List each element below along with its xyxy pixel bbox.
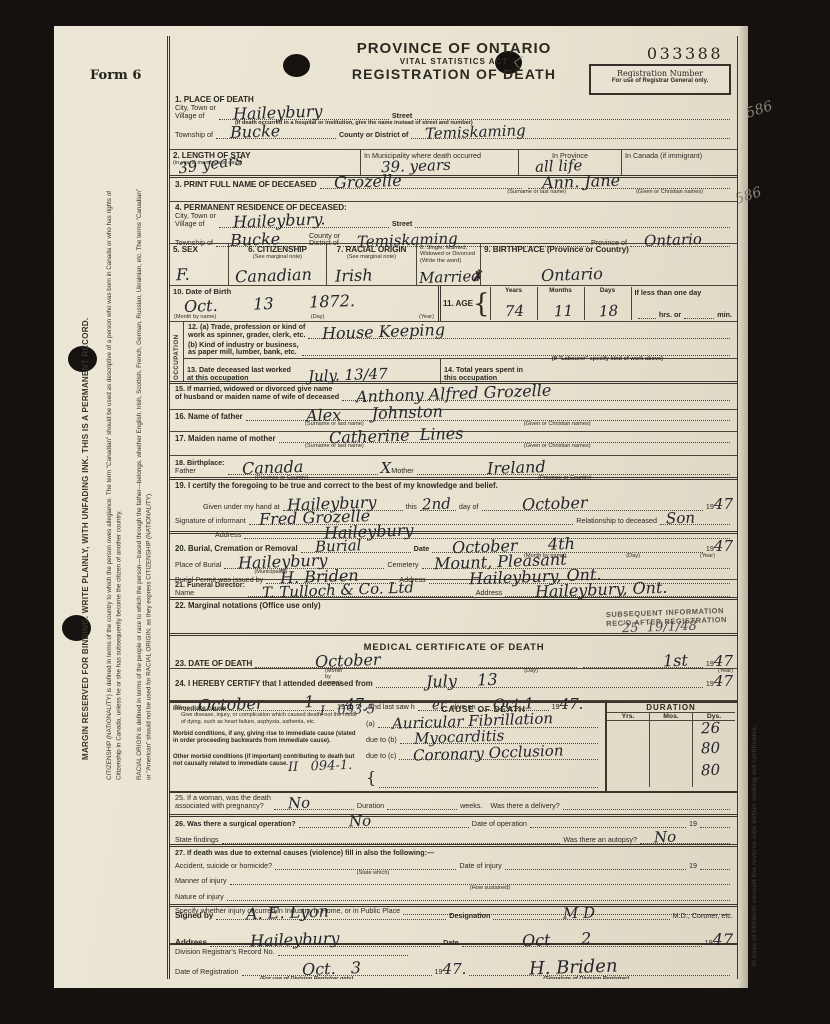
s21-address-value: Haileybury, Ont. [535,577,668,601]
s6-label: 6. CITIZENSHIP [232,245,323,254]
s18-x-mark: X [381,459,392,477]
pencil-number-top: 586 [744,98,774,121]
sign-signed-label: Signed by [175,911,213,920]
s5-label: 5. SEX [173,245,225,254]
section-10-11-row: 10. Date of Birth Oct. 13 1872. (Month b… [170,286,737,322]
s19-year-value: 47 [714,495,733,513]
s5-value: F. [176,265,190,284]
sign-designation-label: Designation [449,911,490,920]
s1-county-value: Temiskaming [425,121,526,143]
section-15-spouse: 15. If married, widowed or divorced give… [170,384,737,410]
sign-designation-value: M D [563,903,596,922]
section-5-9-row: 5. SEX F. 6. CITIZENSHIP (See marginal n… [170,244,737,286]
s1-city-value: Haileybury [233,101,323,123]
cause-of-death-table: Immediate cause Give disease, injury, or… [170,701,737,793]
s21-value: T. Tulloch & Co. Ltd [262,578,414,601]
s11-years-label: Years [491,287,537,294]
duration-mos-header: Mos. [649,713,692,720]
section-27-external-causes: 27. If death was due to external causes … [170,847,737,907]
pencil-number-mid: 586 [733,184,763,207]
s12a-label2: work as spinner, grader, clerk, etc. [188,331,305,339]
section-26-operation: 26. Was there a surgical operation? No D… [170,817,737,847]
s19-day-value: 2nd [422,495,451,514]
duration-table: DURATION Yrs. Mos. Dys. 26 80 80 [605,703,735,793]
s4-label: 4. PERMANENT RESIDENCE OF DECEASED: [175,203,733,212]
s17-label: 17. Maiden name of mother [175,434,276,443]
s11-brace: { [473,294,490,314]
s24-from-value: July 13 [425,670,497,691]
s23-year-value: 47 [714,652,733,670]
s11-months-label: Months [538,287,584,294]
reg-signature-value: H. Briden [529,955,618,979]
sign-signed-value: A. E. Lyon [246,902,330,924]
s26-year-prefix: 19 [689,819,697,828]
s13-label2: at this occupation [187,374,291,382]
s1-city-label2: Village of [175,112,216,120]
morbid-conditions-note: Morbid conditions, if any, giving rise t… [173,731,359,746]
s8-label3: (Write the word) [420,258,477,264]
occupation-vertical-label: OCCUPATION [173,326,181,380]
margin-stillbirth-note: In case of Stillbirth consult the revers… [751,531,763,966]
registration-box-title: Registration Number [591,66,729,78]
s7-value: Irish [335,265,373,285]
registration-form: PROVINCE OF ONTARIO VITAL STATISTICS ACT… [167,36,738,979]
duration-c-value: 80 [701,761,721,780]
cause-a-label: (a) [366,719,375,728]
s19-label: 19. I certify the foregoing to be true a… [175,481,733,490]
cause-code-2: II 094-1. [288,758,353,775]
section-21-funeral-director: 21. Funeral Director:Name T. Tulloch & C… [170,580,737,600]
s23-day-value: 1st [663,651,688,671]
s12a-value: House Keeping [322,319,446,342]
s18-father-value: Canada [241,457,303,478]
s27-accident-label: Accident, suicide or homicide? [175,861,272,870]
margin-binding-note: MARGIN RESERVED FOR BINDING. WRITE PLAIN… [81,194,96,760]
cause-b-label: (b) [388,735,397,744]
s4-street-label: Street [392,219,412,228]
s23-month-value: October [315,650,381,671]
s18-mother-value: Ireland [486,457,545,478]
s27-label: 27. If death was due to external causes … [175,848,733,857]
s11-months-value: 11 [553,302,573,321]
s19-relationship-label: Relationship to deceased [576,516,657,525]
s11-days-value: 18 [598,302,618,321]
s26-autopsy-value: No [654,828,677,847]
s11-years-value: 74 [504,302,524,321]
stamp-handwritten-note: 25 19/1/48 [622,619,697,637]
reg-year-value: 47. [443,960,467,978]
physician-signature-block: Signed by A. E. Lyon Designation M D M.D… [170,907,737,945]
cause-due2-label: due to [366,751,386,760]
s11-hrs-label: hrs. or [659,310,681,319]
duration-a-value: 26 [701,719,721,738]
s19-month-value: October [521,493,587,514]
section-24-attendance: 24. I HEREBY CERTIFY that I attended dec… [170,669,737,701]
s1-township-label: Township of [175,130,213,139]
s21-label2: Name [175,589,245,597]
s27-injury-date-label: Date of injury [459,861,501,870]
s15-value: Anthony Alfred Grozelle [356,380,552,406]
s12b-label2: as paper mill, lumber, bank, etc. [188,348,299,356]
cause-c-value: Coronary Occlusion [413,741,564,764]
s17-sub2: (Given or Christian names) [524,443,591,449]
s9-label: 9. BIRTHPLACE (Province or Country) [484,245,734,254]
s11-min-label: min. [717,310,732,319]
section-occupation-block: OCCUPATION 12. (a) Trade, profession or … [170,322,737,384]
registration-number: 033388 [647,44,723,63]
s11-less-label: If less than one day [635,288,733,297]
s26-date-label: Date of operation [472,819,527,828]
s10-day-sub: (Day) [311,314,325,320]
margin-citizenship-note: CITIZENSHIP (NATIONALITY) is defined in … [105,188,130,780]
s20-year-value: 47 [714,537,733,555]
division-registrar-block: Division Registrar's Record No. Date of … [170,945,737,979]
s3-given-sub: (Given or Christian names) [636,189,703,195]
s23-label: 23. DATE OF DEATH [175,659,252,668]
s25-weeks-label: weeks. [460,801,482,810]
s6-value: Canadian [235,265,312,287]
s26-findings-label: State findings [175,835,219,844]
s20-cemetery-label: Cemetery [387,560,418,569]
duration-title: DURATION [607,703,735,713]
s16-label: 16. Name of father [175,412,243,421]
s7-sub: (See marginal note) [330,254,413,260]
section-2-length-of-stay: 2. LENGTH OF STAY (in years, months and … [170,150,737,178]
s21-address-label: Address [476,588,502,597]
s2-col4-label: In Canada (if immigrant) [625,151,734,160]
s26-value: No [348,812,371,831]
s27-year-prefix: 19 [689,861,697,870]
reg-year-prefix: 19 [435,967,443,976]
s24-year1-value: 47 [714,672,733,690]
s6-sub: (See marginal note) [232,254,323,260]
medical-certificate-header: MEDICAL CERTIFICATE OF DEATH [170,636,737,649]
s1-township-value: Bucke [230,121,281,142]
s18-father-label: Father [175,467,225,475]
s27-nature-label: Nature of injury [175,892,224,901]
s25-value: No [288,793,311,812]
section-20-burial: 20. Burial, Cremation or Removal Burial … [170,534,737,580]
s25-label2: associated with pregnancy? [175,802,271,810]
s16-sub2: (Given or Christian names) [524,421,591,427]
s19-dayof-label: day of [459,502,479,511]
registration-number-box: Registration Number For use of Registrar… [589,64,731,95]
s11-label: 11. AGE [443,299,473,308]
s1-street-label: Street [392,111,412,120]
s3-given-value: Ann. Jane [541,171,620,193]
form-header: PROVINCE OF ONTARIO VITAL STATISTICS ACT… [170,36,737,94]
section-25-pregnancy: 25. If a woman, was the deathassociated … [170,793,737,817]
s11-days-label: Days [585,287,631,294]
s20-place-label: Place of Burial [175,560,221,569]
scanned-death-registration-page: Form 6 MARGIN RESERVED FOR BINDING. WRIT… [54,26,748,988]
reg-date-value: Oct. 3 [301,958,361,979]
s18-mother-label: Mother [391,466,413,475]
s9-value: Ontario [541,264,603,285]
form-number: Form 6 [90,68,141,83]
section-18-birthplace: 18. Birthplace: Father Canada X Mother I… [170,456,737,480]
s26-autopsy-label: Was there an autopsy? [563,835,637,844]
section-4-residence: 4. PERMANENT RESIDENCE OF DECEASED: City… [170,202,737,244]
s10-year-sub: (Year) [419,314,434,320]
section-22-marginal-notations: 22. Marginal notations (Office use only)… [170,600,737,636]
s4-city-label2: Village of [175,220,216,228]
section-3-name: 3. PRINT FULL NAME OF DECEASED Grozelle … [170,178,737,202]
registration-box-note: For use of Registrar General only. [591,78,729,84]
s19-year-prefix: 19 [706,502,714,511]
reg-date-label: Date of Registration [175,967,239,976]
section-1-place-of-death: 1. PLACE OF DEATH City, Town orVillage o… [170,94,737,150]
s19-relationship-value: Son [666,509,696,528]
s20-date-label: Date [414,544,430,553]
s19-informant-label: Signature of informant [175,516,246,525]
s19-this-label: this [406,502,417,511]
s14-label2: this occupation [444,374,523,382]
cause-c-label: (c) [388,751,396,760]
s26-label: 26. Was there a surgical operation? [175,819,296,828]
s4-city-value: Haileybury. [233,209,326,231]
s13-value: July. 13/47 [308,365,388,386]
s27-manner-label: Manner of injury [175,876,227,885]
s3-surname-value: Grozelle [333,171,401,192]
duration-b-value: 80 [701,739,721,758]
s25-duration-label: Duration [357,801,384,810]
s20-year-prefix: 19 [706,544,714,553]
cause-due1-label: due to [366,735,386,744]
s3-label: 3. PRINT FULL NAME OF DECEASED [175,180,317,189]
margin-racial-origin-note: RACIAL ORIGIN is defined in terms of the… [135,188,163,780]
duration-yrs-header: Yrs. [607,713,649,720]
sign-md-label: M.D., Coroner, etc. [673,911,733,920]
reg-record-label: Division Registrar's Record No. [175,947,275,956]
s7-label: 7. RACIAL ORIGIN [330,245,413,254]
section-19-certification: 19. I certify the foregoing to be true a… [170,480,737,534]
section-23-date-of-death: 23. DATE OF DEATH October 1st 19 47 (Mon… [170,649,737,669]
s24-label: 24. I HEREBY CERTIFY that I attended dec… [175,679,373,688]
s23-year-prefix: 19 [706,659,714,668]
s24-year1-prefix: 19 [706,679,714,688]
s1-county-label: County or District of [339,130,408,139]
s15-label2: of husband or maiden name of wife of dec… [175,393,339,401]
section-17-mother: 17. Maiden name of mother Catherine Line… [170,432,737,456]
s10-month-sub: (Month by name) [174,314,216,320]
s25-delivery-label: Was there a delivery? [490,801,559,810]
